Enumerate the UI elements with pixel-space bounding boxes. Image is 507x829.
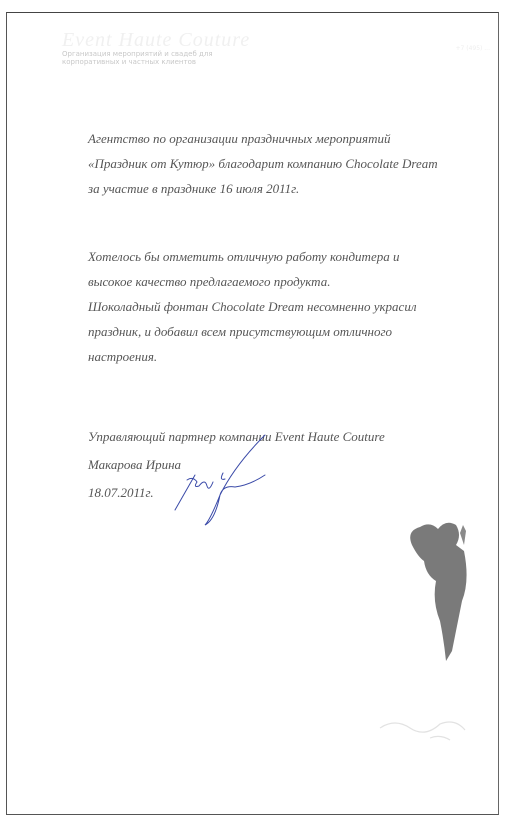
text-line: «Праздник от Кутюр» благодарит компанию …	[88, 151, 438, 176]
text-line: Агентство по организации праздничных мер…	[88, 126, 438, 151]
letterhead-left: Event Haute Couture Организация мероприя…	[62, 30, 252, 66]
text-line: за участие в празднике 16 июля 2011г.	[88, 176, 438, 201]
wedding-couple-silhouette-icon	[398, 515, 480, 665]
text-line: Шоколадный фонтан Chocolate Dream несомн…	[88, 294, 417, 319]
letterhead-right-contact: +7 (495) ...	[390, 45, 490, 52]
tagline-line-1: Организация мероприятий и свадеб для	[62, 50, 252, 58]
decorative-scribble-icon	[375, 710, 475, 750]
text-line: настроения.	[88, 344, 417, 369]
handwritten-signature-icon	[165, 425, 275, 535]
paragraph-thanks: Агентство по организации праздничных мер…	[88, 126, 438, 201]
text-line: Хотелось бы отметить отличную работу кон…	[88, 244, 417, 269]
company-logo: Event Haute Couture	[62, 30, 252, 50]
text-line: высокое качество предлагаемого продукта.	[88, 269, 417, 294]
text-line: праздник, и добавил всем присутствующим …	[88, 319, 417, 344]
tagline-line-2: корпоративных и частных клиентов	[62, 58, 252, 66]
paragraph-praise: Хотелось бы отметить отличную работу кон…	[88, 244, 417, 369]
